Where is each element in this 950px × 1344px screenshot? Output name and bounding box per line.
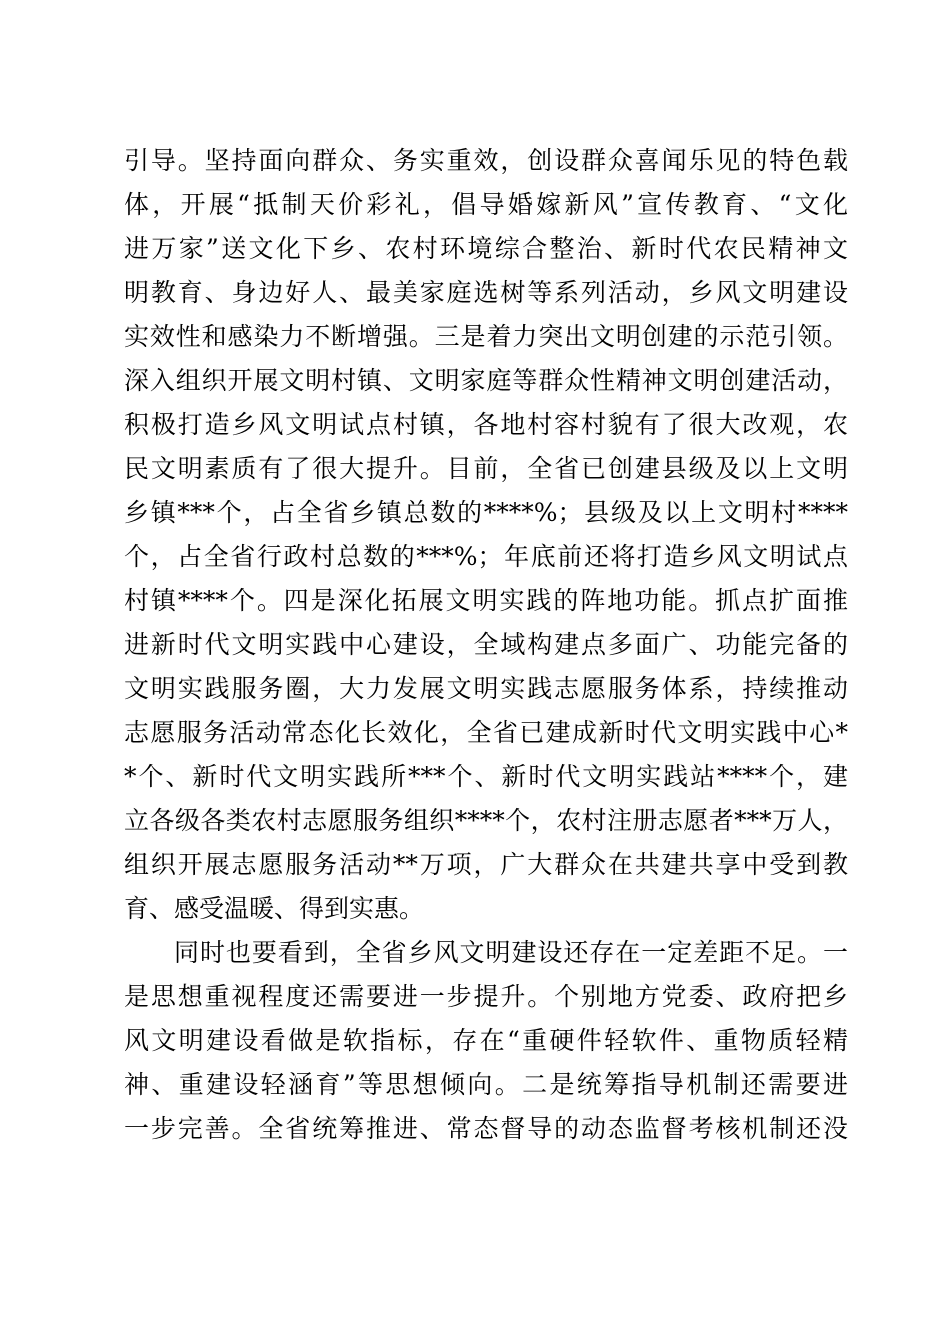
text-line: 志愿服务活动常态化长效化，全省已建成新时代文明实践中心*: [124, 711, 848, 755]
text-line: 明教育、身边好人、最美家庭选树等系列活动，乡风文明建设: [124, 271, 848, 315]
text-line: 乡镇***个，占全省乡镇总数的****%；县级及以上文明村****: [124, 491, 848, 535]
text-line: 组织开展志愿服务活动**万项，广大群众在共建共享中受到教: [124, 843, 848, 887]
text-line: 进新时代文明实践中心建设，全域构建点多面广、功能完备的: [124, 623, 848, 667]
text-line: 同时也要看到，全省乡风文明建设还存在一定差距不足。一: [124, 931, 848, 975]
text-line: 引导。坚持面向群众、务实重效，创设群众喜闻乐见的特色载: [124, 139, 848, 183]
text-line: 深入组织开展文明村镇、文明家庭等群众性精神文明创建活动，: [124, 359, 848, 403]
text-line: 文明实践服务圈，大力发展文明实践志愿服务体系，持续推动: [124, 667, 848, 711]
paragraph-1: 引导。坚持面向群众、务实重效，创设群众喜闻乐见的特色载 体，开展“抵制天价彩礼，…: [124, 139, 848, 931]
text-line: 风文明建设看做是软指标，存在“重硬件轻软件、重物质轻精: [124, 1019, 848, 1063]
document-page: 引导。坚持面向群众、务实重效，创设群众喜闻乐见的特色载 体，开展“抵制天价彩礼，…: [0, 0, 950, 1344]
text-line: 村镇****个。四是深化拓展文明实践的阵地功能。抓点扩面推: [124, 579, 848, 623]
text-line: 神、重建设轻涵育”等思想倾向。二是统筹指导机制还需要进: [124, 1063, 848, 1107]
text-line: 实效性和感染力不断增强。三是着力突出文明创建的示范引领。: [124, 315, 848, 359]
text-line: 育、感受温暖、得到实惠。: [124, 887, 848, 931]
paragraph-2: 同时也要看到，全省乡风文明建设还存在一定差距不足。一 是思想重视程度还需要进一步…: [124, 931, 848, 1151]
text-line: 体，开展“抵制天价彩礼，倡导婚嫁新风”宣传教育、“文化: [124, 183, 848, 227]
text-line: 是思想重视程度还需要进一步提升。个别地方党委、政府把乡: [124, 975, 848, 1019]
body-text: 引导。坚持面向群众、务实重效，创设群众喜闻乐见的特色载 体，开展“抵制天价彩礼，…: [124, 139, 848, 1151]
text-line: 积极打造乡风文明试点村镇，各地村容村貌有了很大改观，农: [124, 403, 848, 447]
text-line: *个、新时代文明实践所***个、新时代文明实践站****个，建: [124, 755, 848, 799]
text-line: 个，占全省行政村总数的***%；年底前还将打造乡风文明试点: [124, 535, 848, 579]
text-line: 民文明素质有了很大提升。目前，全省已创建县级及以上文明: [124, 447, 848, 491]
text-line: 进万家”送文化下乡、农村环境综合整治、新时代农民精神文: [124, 227, 848, 271]
text-line: 立各级各类农村志愿服务组织****个，农村注册志愿者***万人，: [124, 799, 848, 843]
text-line: 一步完善。全省统筹推进、常态督导的动态监督考核机制还没: [124, 1107, 848, 1151]
